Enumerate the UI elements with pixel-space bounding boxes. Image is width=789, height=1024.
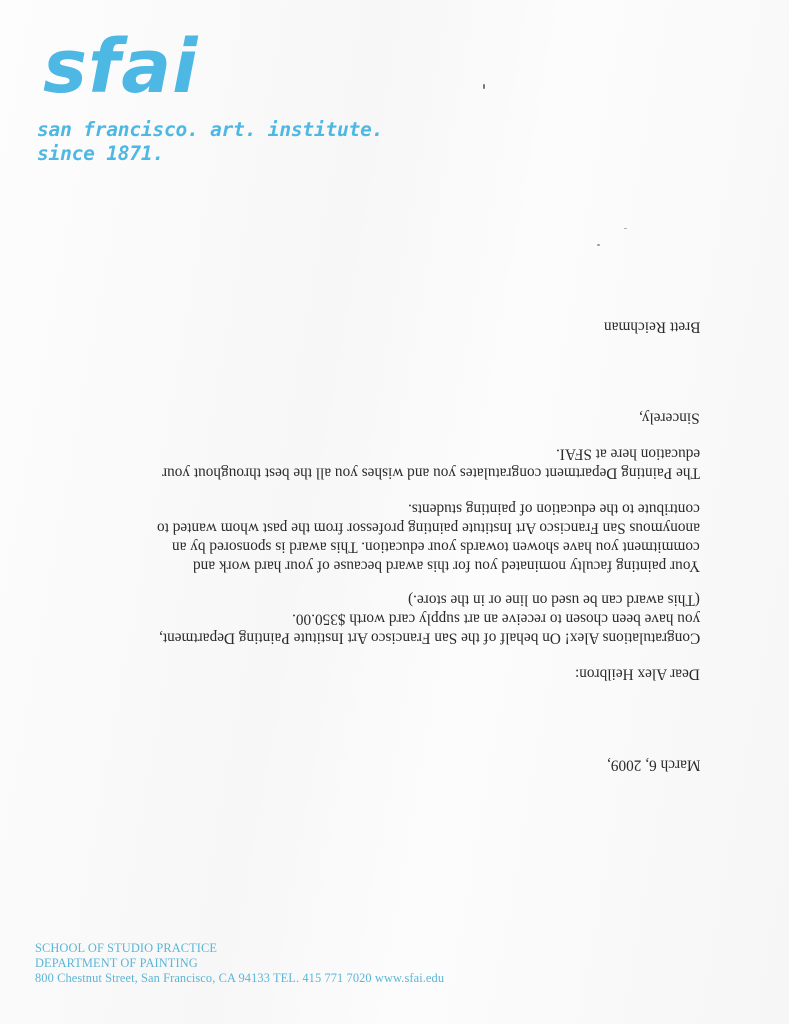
paragraph1-line3: (This award can be used on line or in th… [408, 592, 700, 607]
paper-speck [483, 84, 485, 89]
paragraph2-line3: anonymous San Francisco Art Institute pa… [157, 520, 700, 535]
paper-speck [624, 228, 627, 229]
salutation: Dear Alex Heilbron: [575, 666, 700, 681]
letter-page: sfai san francisco. art. institute. sinc… [0, 0, 789, 1024]
footer-school: SCHOOL OF STUDIO PRACTICE [35, 942, 217, 954]
sfai-logo: sfai [43, 30, 199, 104]
logo-since-line: since 1871. [37, 144, 164, 164]
paragraph3-line1: The Painting Department congratulates yo… [162, 465, 700, 480]
footer-department: DEPARTMENT OF PAINTING [35, 957, 198, 969]
paper-speck [597, 244, 600, 246]
paragraph3-line2: education here at SFAI. [556, 446, 700, 461]
paragraph2-line4: contribute to the education of painting … [408, 501, 700, 516]
footer-address: 800 Chestnut Street, San Francisco, CA 9… [35, 972, 444, 984]
paragraph2-line1: Your painting faculty nominated you for … [193, 558, 700, 573]
signature-name: Brett Reichman [604, 319, 700, 334]
letter-date: March 6, 2009, [607, 757, 700, 772]
closing: Sincerely, [639, 410, 700, 425]
paragraph1-line2: you have been chosen to receive an art s… [292, 611, 700, 626]
paragraph2-line2: commitment you have showen towards your … [172, 539, 700, 554]
paragraph1-line1: Congratulations Alex! On behalf of the S… [159, 630, 700, 645]
logo-tagline: san francisco. art. institute. [37, 120, 383, 140]
